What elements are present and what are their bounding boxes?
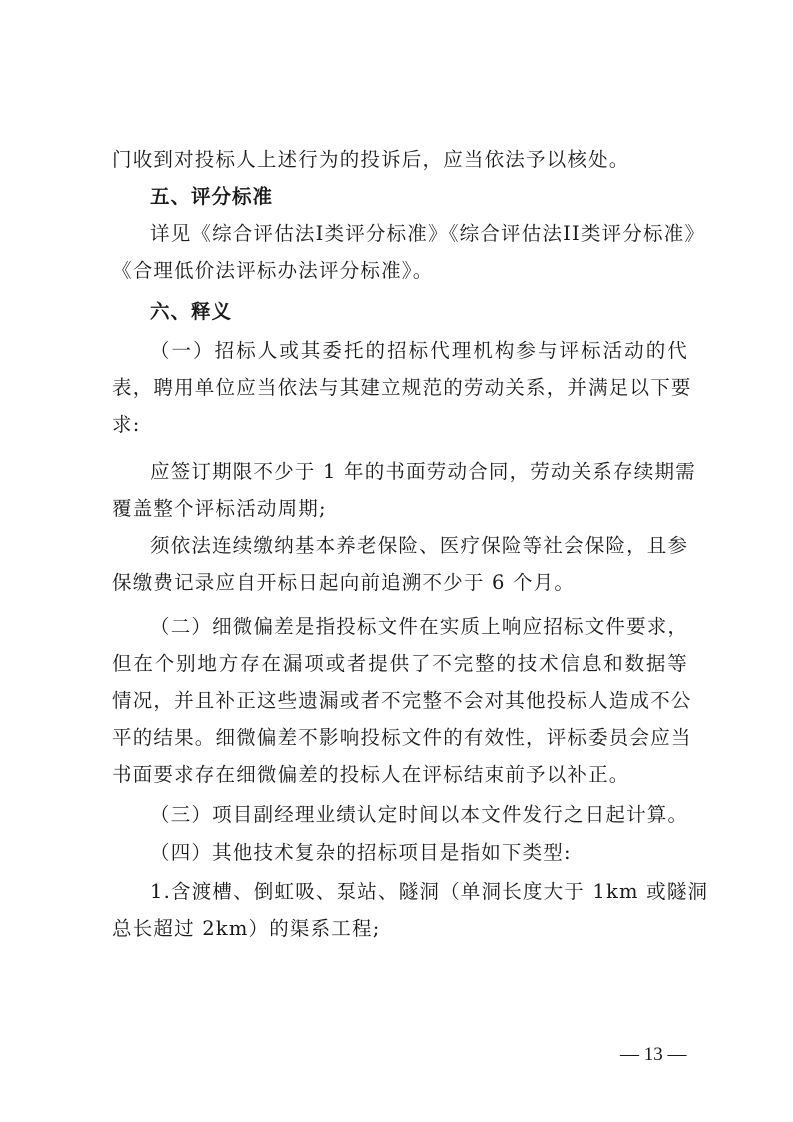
paragraph-line: 求: bbox=[112, 413, 688, 437]
paragraph-line: 《合理低价法评标办法评分标准》。 bbox=[112, 259, 688, 283]
paragraph-line: 但在个别地方存在漏项或者提供了不完整的技术信息和数据等 bbox=[112, 652, 688, 676]
paragraph-line: 书面要求存在细微偏差的投标人在评标结束前予以补正。 bbox=[112, 763, 688, 787]
paragraph-line: 保缴费记录应自开标日起向前追溯不少于 6 个月。 bbox=[112, 571, 688, 595]
section-heading-scoring: 五、评分标准 bbox=[150, 185, 688, 209]
paragraph-line: 覆盖整个评标活动周期; bbox=[112, 497, 688, 521]
paragraph-line: 须依法连续缴纳基本养老保险、医疗保险等社会保险，且参 bbox=[150, 534, 688, 558]
paragraph-line: 应签订期限不少于 1 年的书面劳动合同，劳动关系存续期需 bbox=[150, 460, 688, 484]
paragraph-line: 1.含渡槽、倒虹吸、泵站、隧洞（单洞长度大于 1km 或隧洞 bbox=[150, 880, 688, 904]
paragraph-line: 情况，并且补正这些遗漏或者不完整不会对其他投标人造成不公 bbox=[112, 689, 688, 713]
paragraph-line: 总长超过 2km）的渠系工程; bbox=[112, 917, 688, 941]
page-number: — 13 — bbox=[620, 1043, 687, 1067]
paragraph-line: 详见《综合评估法I类评分标准》《综合评估法II类评分标准》 bbox=[150, 222, 688, 246]
paragraph-line: 表，聘用单位应当依法与其建立规范的劳动关系，并满足以下要 bbox=[112, 376, 688, 400]
paragraph-line: （三）项目副经理业绩认定时间以本文件发行之日起计算。 bbox=[150, 803, 688, 827]
document-page: 门收到对投标人上述行为的投诉后，应当依法予以核处。 五、评分标准 详见《综合评估… bbox=[0, 0, 793, 1122]
paragraph-line: 门收到对投标人上述行为的投诉后，应当依法予以核处。 bbox=[112, 148, 688, 172]
paragraph-line: （二）细微偏差是指投标文件在实质上响应招标文件要求， bbox=[150, 615, 688, 639]
section-heading-definitions: 六、释义 bbox=[150, 300, 688, 324]
paragraph-line: （一）招标人或其委托的招标代理机构参与评标活动的代 bbox=[150, 339, 688, 363]
paragraph-line: 平的结果。细微偏差不影响投标文件的有效性，评标委员会应当 bbox=[112, 726, 688, 750]
paragraph-line: （四）其他技术复杂的招标项目是指如下类型: bbox=[150, 841, 688, 865]
